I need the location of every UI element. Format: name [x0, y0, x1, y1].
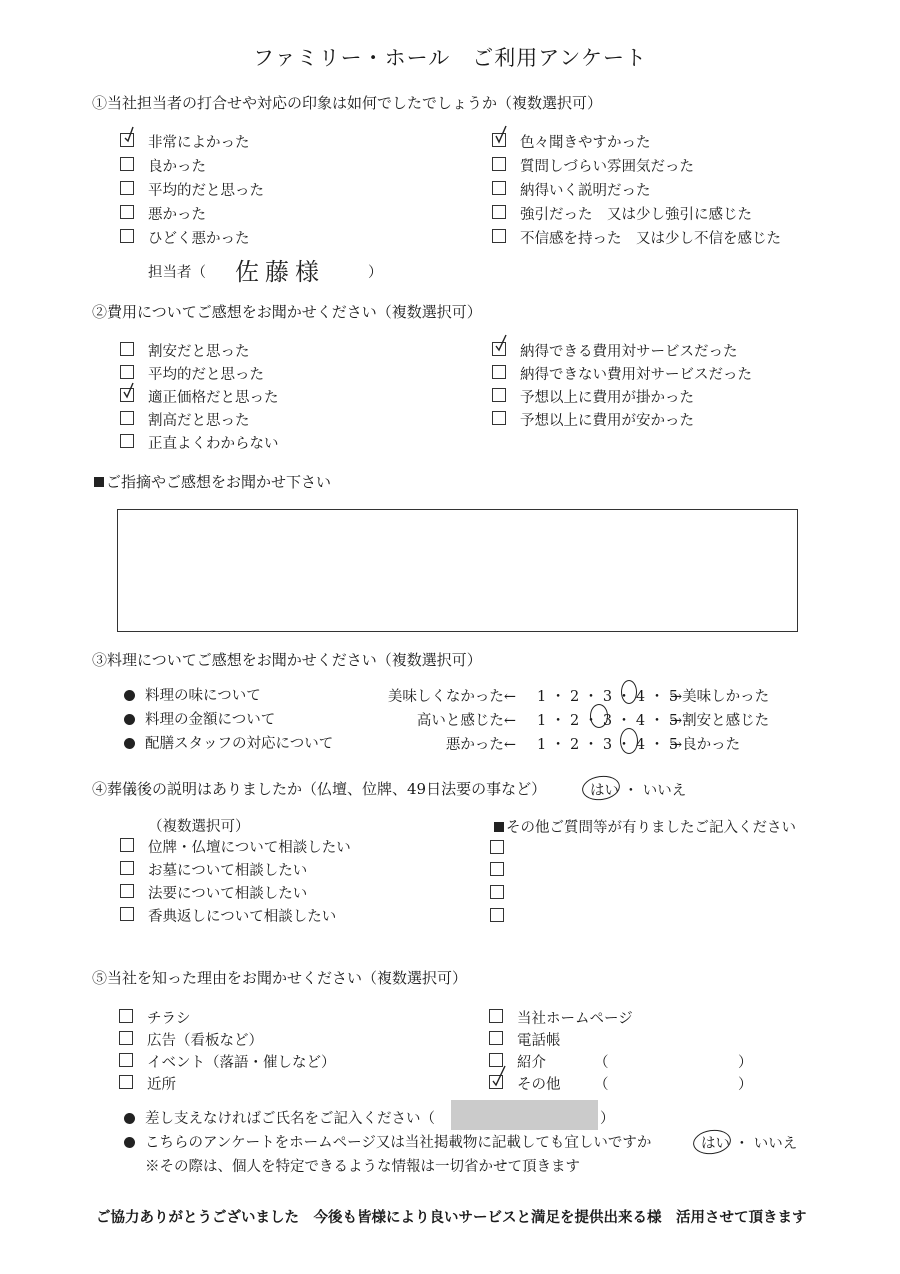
checkbox[interactable]: [490, 840, 504, 854]
footer-thanks: ご協力ありがとうございました 今後も皆様により良いサービスと満足を提供出来る様 …: [96, 1206, 807, 1227]
scale-high-label: →良かった: [670, 733, 740, 754]
q3-row-staff-label: 配膳スタッフの対応について: [124, 732, 333, 753]
q3-heading: ③料理についてご感想をお聞かせください（複数選択可）: [92, 649, 482, 670]
option-label: 不信感を持った 又は少し不信を感じた: [520, 227, 781, 248]
name-field-redacted[interactable]: [451, 1100, 598, 1130]
option-label: 広告（看板など）: [147, 1029, 263, 1050]
rating-scale[interactable]: 1 ・ 2 ・ 3 ・ 4 ・ 5: [537, 733, 678, 754]
q4-heading: ④葬儀後の説明はありましたか（仏壇、位牌、49日法要の事など）: [92, 778, 546, 799]
referral-paren-close: ）: [738, 1051, 753, 1072]
selection-circle-icon: [621, 680, 637, 704]
publish-note: ※その際は、個人を特定できるような情報は一切省かせて頂きます: [145, 1155, 580, 1176]
option-label: 良かった: [148, 155, 206, 176]
other-paren-close: ）: [738, 1073, 753, 1094]
staff-close-paren: ）: [368, 261, 383, 282]
checkbox[interactable]: [489, 1009, 503, 1023]
option-label: 香典返しについて相談したい: [148, 905, 336, 926]
option-label: 適正価格だと思った: [148, 386, 279, 407]
option-label: 当社ホームページ: [517, 1007, 633, 1028]
referral-input[interactable]: [645, 1051, 735, 1069]
square-bullet-icon: [94, 477, 104, 487]
rating-scale[interactable]: 1 ・ 2 ・ 3 ・ 4 ・ 5: [537, 685, 678, 706]
checkbox[interactable]: [120, 411, 134, 425]
rating-2[interactable]: 2: [570, 689, 579, 705]
q3-row-taste-label: 料理の味について: [124, 684, 261, 705]
bullet-icon: [124, 738, 135, 749]
staff-name-field[interactable]: 佐藤様: [235, 252, 325, 287]
option-label: 予想以上に費用が安かった: [520, 409, 694, 430]
checkbox[interactable]: [120, 907, 134, 921]
selection-circle-icon: [620, 728, 638, 754]
rating-1[interactable]: 1: [537, 689, 546, 705]
checkbox[interactable]: [120, 838, 134, 852]
checkbox[interactable]: [492, 365, 506, 379]
rating-2[interactable]: 2: [570, 713, 579, 729]
option-label: 予想以上に費用が掛かった: [520, 386, 694, 407]
bullet-icon: [124, 1137, 135, 1148]
checkbox[interactable]: [120, 388, 134, 402]
publish-no-option[interactable]: いいえ: [754, 1136, 798, 1152]
separator: ・: [735, 1136, 750, 1152]
option-label: お墓について相談したい: [148, 859, 307, 880]
option-label: 色々聞きやすかった: [520, 131, 651, 152]
checkbox[interactable]: [120, 133, 134, 147]
option-label: 納得いく説明だった: [520, 179, 651, 200]
option-label: 平均的だと思った: [148, 363, 264, 384]
option-label: 非常によかった: [148, 131, 250, 152]
scale-high-label: →美味しかった: [670, 685, 769, 706]
option-label: 平均的だと思った: [148, 179, 264, 200]
other-paren-open: （: [594, 1073, 609, 1094]
checkbox[interactable]: [492, 157, 506, 171]
q3-row-price-label: 料理の金額について: [124, 708, 275, 729]
option-label: 納得できない費用対サービスだった: [520, 363, 752, 384]
option-label: 紹介: [517, 1051, 546, 1072]
option-label: 割高だと思った: [148, 409, 250, 430]
checkbox[interactable]: [120, 434, 134, 448]
option-label: 電話帳: [517, 1029, 561, 1050]
option-label: 近所: [147, 1073, 176, 1094]
checkbox[interactable]: [120, 365, 134, 379]
checkbox[interactable]: [120, 205, 134, 219]
scale-low-label: 美味しくなかった←: [388, 685, 516, 706]
option-label: 割安だと思った: [148, 340, 250, 361]
option-label: 納得できる費用対サービスだった: [520, 340, 738, 361]
checkmark-icon: [494, 125, 508, 145]
checkbox[interactable]: [489, 1075, 503, 1089]
checkbox[interactable]: [120, 229, 134, 243]
checkbox[interactable]: [490, 908, 504, 922]
option-label: ひどく悪かった: [148, 227, 250, 248]
rating-2[interactable]: 2: [570, 737, 579, 753]
comments-heading: ご指摘やご感想をお聞かせ下さい: [94, 471, 331, 492]
checkbox[interactable]: [492, 133, 506, 147]
name-field-label: 差し支えなければご氏名をご記入ください（: [124, 1107, 435, 1128]
checkbox[interactable]: [119, 1053, 133, 1067]
scale-low-label: 悪かった←: [446, 733, 516, 754]
rating-4-selected[interactable]: 4: [636, 689, 645, 705]
option-label: その他: [517, 1073, 561, 1094]
checkbox[interactable]: [120, 181, 134, 195]
checkbox[interactable]: [120, 157, 134, 171]
rating-3[interactable]: 3: [603, 689, 612, 705]
form-title: ファミリー・ホール ご利用アンケート: [0, 42, 900, 72]
option-label: 質問しづらい雰囲気だった: [520, 155, 694, 176]
q4-sub-heading: （複数選択可）: [148, 815, 250, 836]
scale-high-label: →割安と感じた: [670, 709, 769, 730]
other-heading-text: その他ご質問等が有りましたご記入ください: [506, 820, 796, 836]
row-label: 料理の味について: [145, 688, 261, 704]
referral-paren-open: （: [594, 1051, 609, 1072]
option-label: 位牌・仏壇について相談したい: [148, 836, 351, 857]
checkbox[interactable]: [120, 884, 134, 898]
row-label: 配膳スタッフの対応について: [145, 736, 333, 752]
checkbox[interactable]: [119, 1009, 133, 1023]
row-label: 料理の金額について: [145, 712, 275, 728]
selection-circle-icon: [590, 704, 608, 728]
option-label: 正直よくわからない: [148, 432, 279, 453]
checkbox[interactable]: [492, 411, 506, 425]
q5-heading: ⑤当社を知った理由をお聞かせください（複数選択可）: [92, 967, 467, 988]
checkbox[interactable]: [492, 229, 506, 243]
checkbox[interactable]: [489, 1031, 503, 1045]
bullet-icon: [124, 690, 135, 701]
checkbox[interactable]: [492, 388, 506, 402]
option-label: イベント（落語・催しなど）: [147, 1051, 336, 1072]
checkmark-icon: [122, 125, 136, 145]
q1-heading: ①当社担当者の打合せや対応の印象は如何でしたでしょうか（複数選択可）: [92, 92, 602, 113]
rating-3[interactable]: 3: [603, 737, 612, 753]
option-label: 悪かった: [148, 203, 206, 224]
rating-1[interactable]: 1: [537, 737, 546, 753]
separator: ・: [624, 783, 639, 799]
bullet-icon: [124, 714, 135, 725]
checkmark-icon: [122, 380, 136, 400]
scale-low-label: 高いと感じた←: [417, 709, 516, 730]
comments-textarea[interactable]: [117, 509, 798, 632]
checkbox[interactable]: [490, 885, 504, 899]
option-label: 法要について相談したい: [148, 882, 307, 903]
q2-heading: ②費用についてご感想をお聞かせください（複数選択可）: [92, 301, 482, 322]
rating-1[interactable]: 1: [537, 713, 546, 729]
checkbox[interactable]: [119, 1075, 133, 1089]
checkmark-icon: [494, 334, 508, 354]
checkbox[interactable]: [492, 342, 506, 356]
rating-4[interactable]: 4: [636, 713, 645, 729]
checkbox[interactable]: [492, 181, 506, 195]
checkbox[interactable]: [119, 1031, 133, 1045]
name-field-label-text: 差し支えなければご氏名をご記入ください（: [145, 1111, 435, 1127]
q4-other-heading: その他ご質問等が有りましたご記入ください: [494, 816, 796, 837]
q4-no-option[interactable]: いいえ: [643, 783, 687, 799]
checkbox[interactable]: [490, 862, 504, 876]
staff-label: 担当者（: [148, 261, 206, 282]
checkbox[interactable]: [120, 342, 134, 356]
checkbox[interactable]: [492, 205, 506, 219]
other-input[interactable]: [645, 1073, 735, 1091]
option-label: 強引だった 又は少し強引に感じた: [520, 203, 752, 224]
comments-heading-text: ご指摘やご感想をお聞かせ下さい: [106, 473, 331, 491]
publish-question-text: こちらのアンケートをホームページ又は当社掲載物に記載しても宜しいですか: [145, 1135, 651, 1151]
checkbox[interactable]: [120, 861, 134, 875]
square-bullet-icon: [494, 822, 504, 832]
name-close-paren: ）: [600, 1107, 615, 1128]
bullet-icon: [124, 1113, 135, 1124]
publish-question: こちらのアンケートをホームページ又は当社掲載物に記載しても宜しいですか: [124, 1131, 651, 1152]
option-label: チラシ: [147, 1007, 191, 1028]
checkmark-icon: [491, 1064, 505, 1088]
